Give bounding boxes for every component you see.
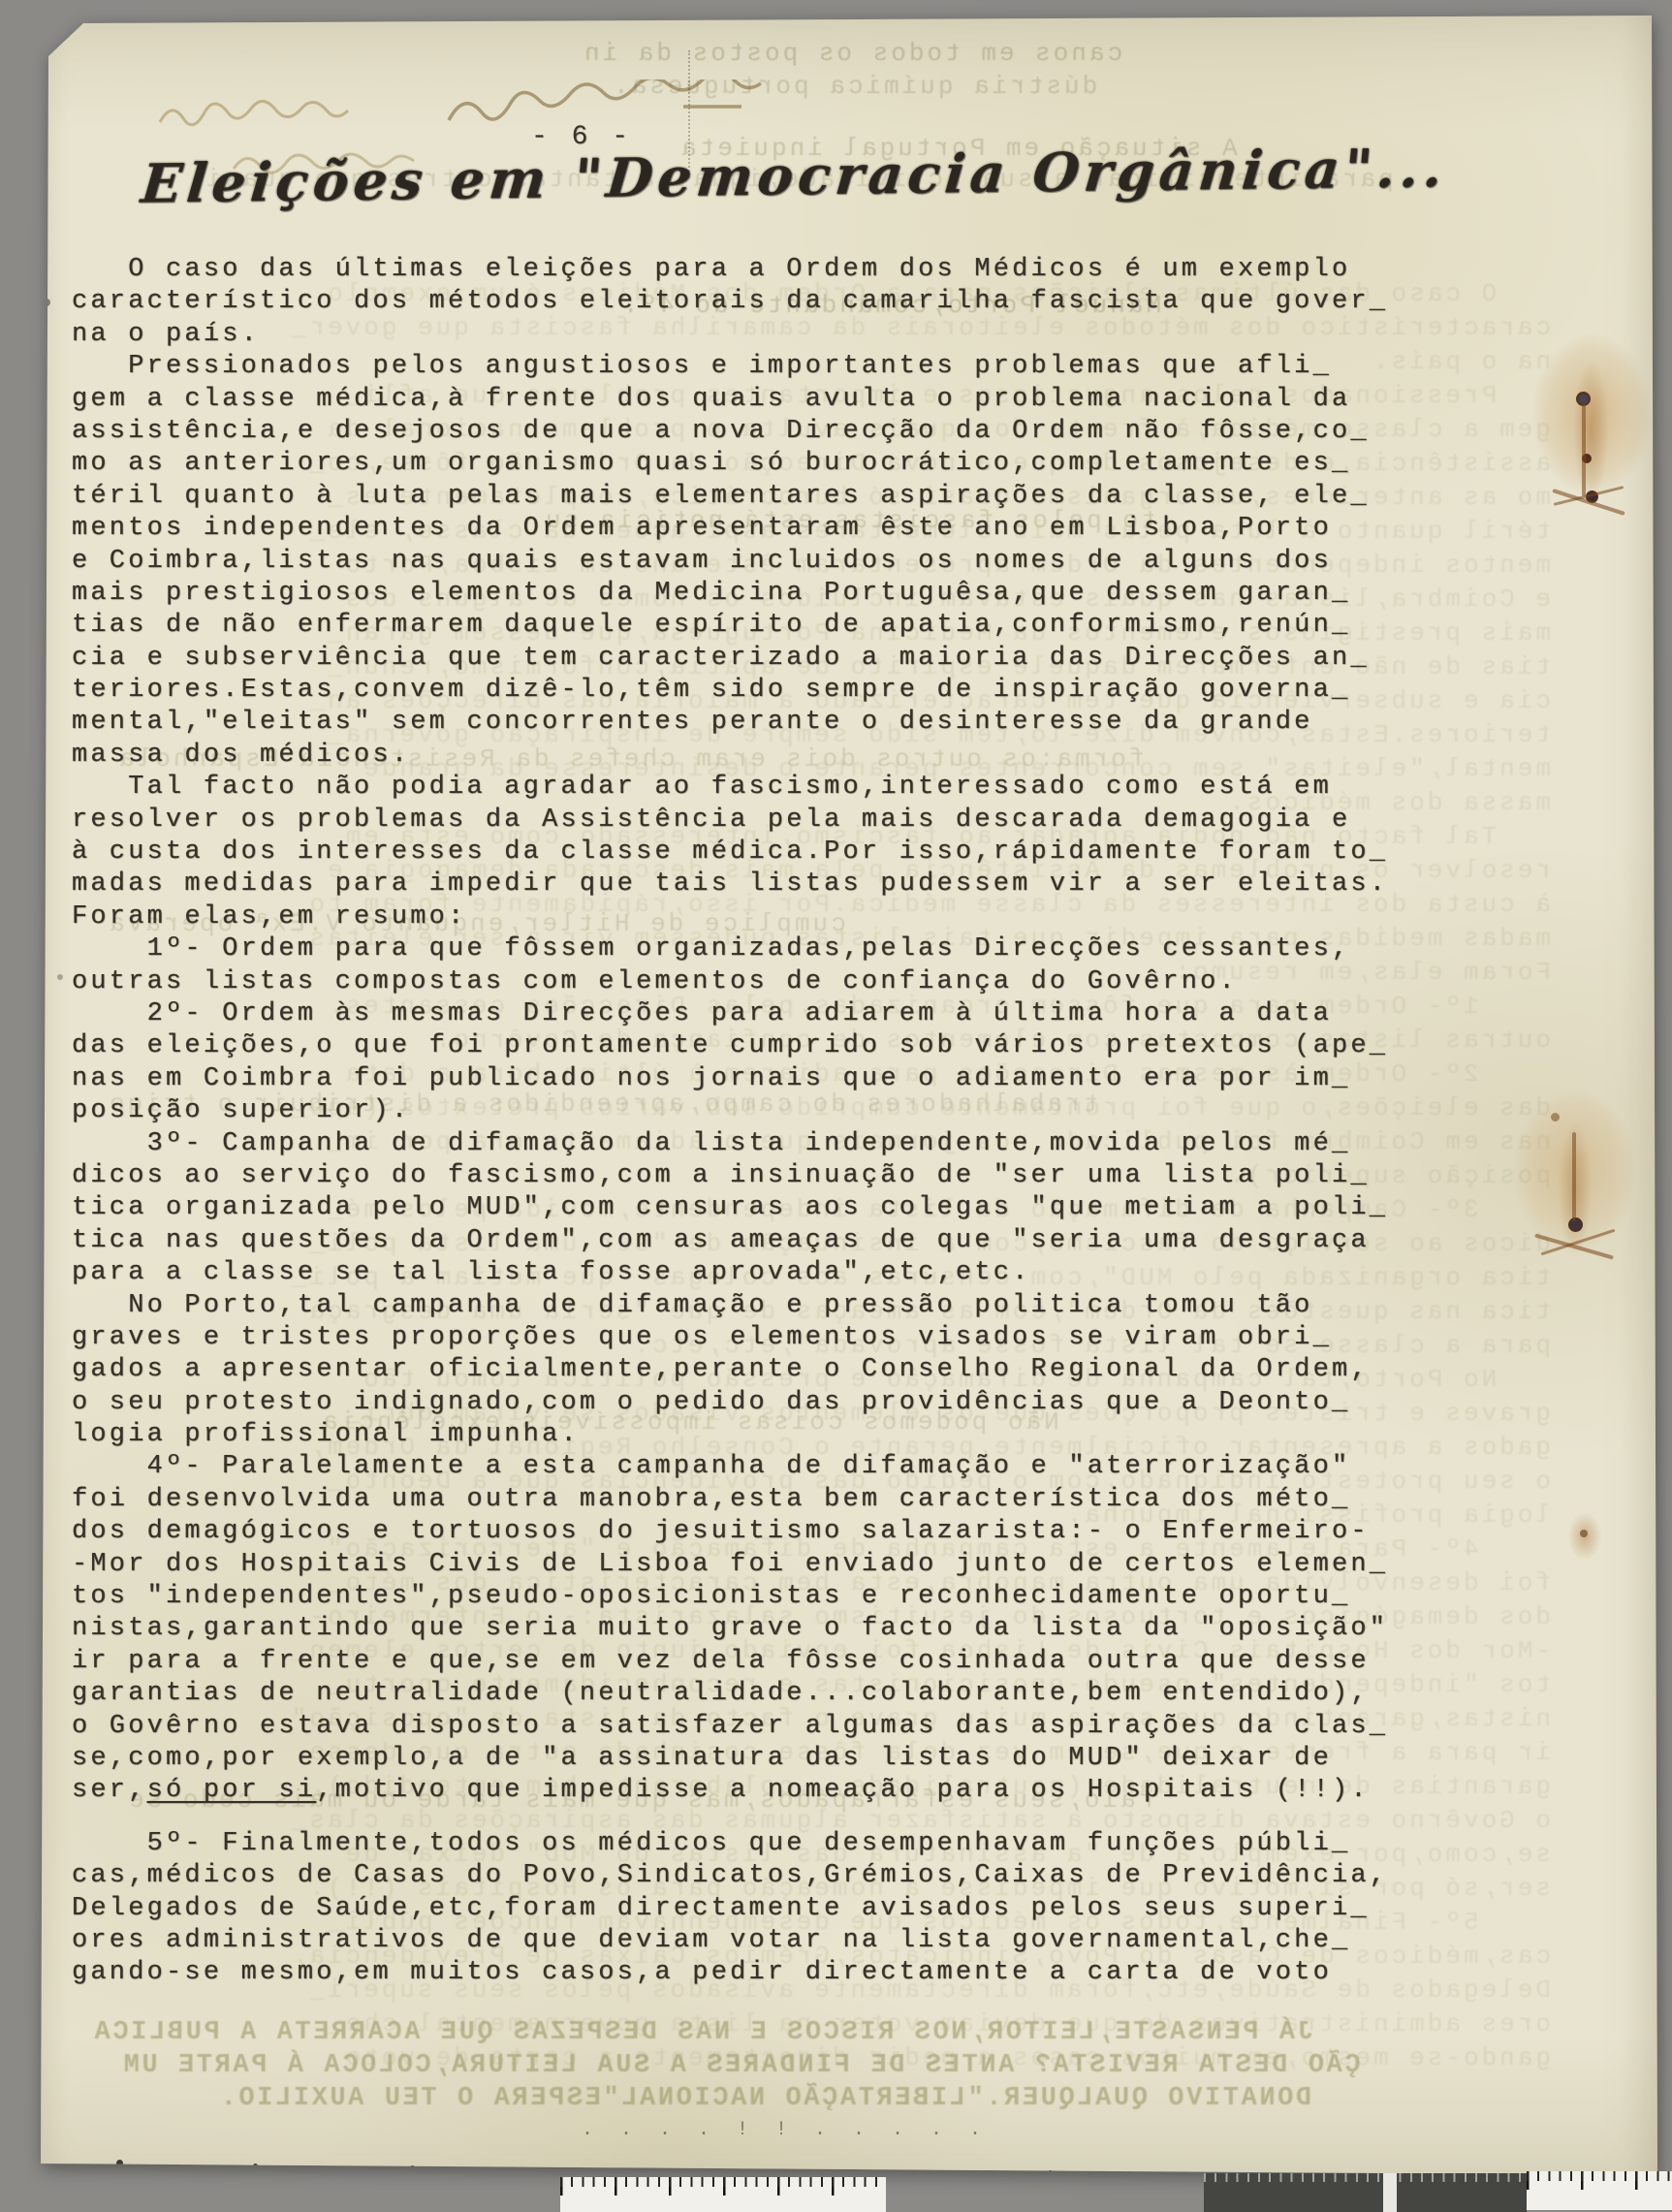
typed-line: na o país.	[72, 319, 1458, 351]
typed-line: gando-se mesmo,em muitos casos,a pedir d…	[72, 1957, 1458, 1989]
typed-line: teriores.Estas,convem dizê-lo,têm sido s…	[72, 675, 1458, 707]
typed-body: O caso das últimas eleições para a Ordem…	[72, 254, 1458, 1990]
typed-line: mental,"eleitas" sem concorrentes perant…	[72, 707, 1458, 739]
typed-line: Foram elas,em resumo:	[72, 901, 1458, 933]
edge-dirt	[0, 0, 3, 3]
typed-line: gem a classe médica,à frente dos quais a…	[72, 384, 1458, 416]
typed-line: cas,médicos de Casas do Povo,Sindicatos,…	[72, 1860, 1458, 1892]
scan-background: O caso das últimas eleições para a Ordem…	[0, 0, 1672, 2212]
typed-line: resolver os problemas da Assistência pel…	[72, 805, 1458, 837]
typed-line: foi desenvolvida uma outra manobra,esta …	[72, 1484, 1458, 1516]
typed-line: No Porto,tal campanha de difamação e pre…	[72, 1290, 1458, 1322]
typed-line: gados a apresentar oficialmente,perante …	[72, 1354, 1458, 1386]
bleedthrough-bottom-line: ÇÃO DESTA REVISTA? ANTES DE FINDARES A S…	[121, 2051, 1361, 2080]
typed-line: Delegados de Saúde,etc,foram directament…	[72, 1893, 1458, 1925]
typed-line: mo as anteriores,um organismo quasi só b…	[72, 448, 1458, 480]
typed-line: característico dos métodos eleitorais da…	[72, 286, 1458, 318]
burn-stain	[1493, 1055, 1657, 1287]
typed-line: nas em Coimbra foi publicado nos jornais…	[72, 1063, 1458, 1095]
typed-line: mentos independentes da Ordem apresentar…	[72, 513, 1458, 545]
faint-handwriting	[155, 93, 349, 136]
typed-line: assistência,e desejosos de que a nova Di…	[72, 416, 1458, 448]
photo-scale-ruler-dark	[1204, 2173, 1527, 2212]
bleedthrough-bottom-line: JÁ PENSASTE,LEITOR,NOS RISCOS E NAS DESP…	[92, 2018, 1313, 2047]
typed-line: ser,só por si,motivo que impedisse a nom…	[72, 1775, 1458, 1807]
typed-line: 5º- Finalmente,todos os médicos que dese…	[72, 1828, 1458, 1860]
typed-line: garantias de neutralidade (neutralidade.…	[72, 1678, 1458, 1710]
typed-line: madas medidas para impedir que tais list…	[72, 869, 1458, 901]
typed-line: o seu protesto indignado,com o pedido da…	[72, 1387, 1458, 1419]
typed-line: das eleições,o que foi prontamente cumpr…	[72, 1030, 1458, 1062]
photo-scale-ruler-gap	[1383, 2173, 1397, 2212]
typed-line: o Govêrno estava disposto a satisfazer a…	[72, 1711, 1458, 1743]
typed-line: O caso das últimas eleições para a Ordem…	[72, 254, 1458, 286]
typed-line: -Mor dos Hospitais Civis de Lisboa foi e…	[72, 1549, 1458, 1581]
typed-line: e Coimbra,listas nas quais estavam inclu…	[72, 546, 1458, 578]
typed-line: dicos ao serviço do fascismo,com a insin…	[72, 1160, 1458, 1192]
typed-line: outras listas compostas com elementos de…	[72, 966, 1458, 998]
typed-line: tica nas questões da Ordem",com as ameaç…	[72, 1225, 1458, 1257]
typed-line: dos demagógicos e tortuosos do jesuitism…	[72, 1516, 1458, 1548]
typed-line: massa dos médicos.	[72, 740, 1458, 772]
typed-line: ores administrativos de que deviam votar…	[72, 1925, 1458, 1957]
typed-line: nistas,garantindo que seria muito grave …	[72, 1613, 1458, 1645]
typed-line: tias de não enfermarem daquele espírito …	[72, 610, 1458, 642]
typed-line: téril quanto à luta pelas mais elementar…	[72, 481, 1458, 513]
photo-scale-ruler	[1527, 2171, 1672, 2210]
burn-stain	[1562, 1504, 1607, 1568]
typed-line: 1º- Ordem para que fôssem organizadas,pe…	[72, 933, 1458, 965]
typed-line: graves e tristes proporções que os eleme…	[72, 1322, 1458, 1354]
burn-stain	[1512, 310, 1667, 543]
typed-line: logia profissional impunha.	[72, 1419, 1458, 1451]
typed-line: Tal facto não podia agradar ao fascismo,…	[72, 772, 1458, 804]
document-page: O caso das últimas eleições para a Ordem…	[0, 0, 1672, 2212]
typed-line: 2º- Ordem às mesmas Direcções para adiar…	[72, 998, 1458, 1030]
typed-line: se,como,por exemplo,a de "a assinatura d…	[72, 1743, 1458, 1775]
dotted-separator: . . . . ! ! . . . . .	[582, 2119, 989, 2141]
bleedthrough-fragment: canos em todos os postos da in	[582, 39, 1122, 68]
typed-line: Pressionados pelos angustiosos e importa…	[72, 351, 1458, 383]
typed-line: 3º- Campanha de difamação da lista indep…	[72, 1128, 1458, 1160]
typed-line: ir para a frente e que,se em vez dela fô…	[72, 1646, 1458, 1678]
photo-scale-ruler	[560, 2177, 886, 2212]
ink-specks	[0, 0, 4, 4]
typed-line: para a classe se tal lista fosse aprovad…	[72, 1257, 1458, 1289]
typed-line: tica organizada pelo MUD",com censuras a…	[72, 1192, 1458, 1224]
bleedthrough-bottom-line: DONATIVO QUALQUER."LIBERTAÇÃO NACIONAL"E…	[218, 2084, 1311, 2113]
typed-line: posição superior).	[72, 1095, 1458, 1127]
typed-line: mais prestigiosos elementos da Medicina …	[72, 578, 1458, 610]
typed-line: cia e subserviência que tem caracterizad…	[72, 643, 1458, 675]
typed-line: 4º- Paralelamente a esta campanha de dif…	[72, 1451, 1458, 1483]
typed-line: tos "independentes",pseudo-oposicionista…	[72, 1581, 1458, 1613]
typed-line: à custa dos interesses da classe médica.…	[72, 837, 1458, 869]
